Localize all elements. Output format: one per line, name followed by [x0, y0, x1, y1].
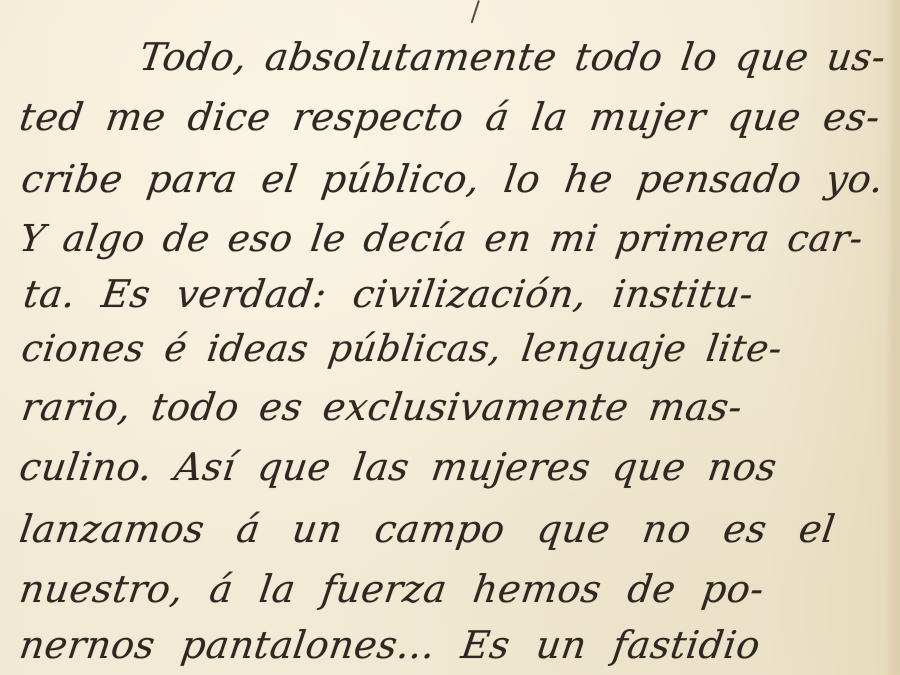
letter-line-4: Y algo de eso le decía en mi primera car… [17, 220, 865, 257]
paper-edge [886, 0, 900, 675]
letter-line-7: rario, todo es exclusivamente mas- [19, 388, 744, 426]
letter-line-8: culino. Así que las mujeres que nos [17, 448, 779, 486]
letter-line-11: nernos pantalones... Es un fastidio [17, 626, 762, 664]
letter-line-3: cribe para el público, lo he pensado yo. [19, 160, 886, 198]
letter-line-1: Todo, absolutamente todo lo que us- [137, 38, 888, 76]
letter-line-5: ta. Es verdad: civilización, institu- [21, 275, 756, 313]
letter-line-10: nuestro, á la fuerza hemos de po- [17, 570, 766, 608]
descender-stroke-from-previous-line [471, 0, 480, 23]
letter-line-9: lanzamos á un campo que no es el [17, 510, 837, 548]
letter-page: Todo, absolutamente todo lo que us- ted … [0, 0, 900, 675]
letter-line-6: ciones é ideas públicas, lenguaje lite- [19, 330, 784, 367]
letter-line-2: ted me dice respecto á la mujer que es- [17, 98, 882, 136]
